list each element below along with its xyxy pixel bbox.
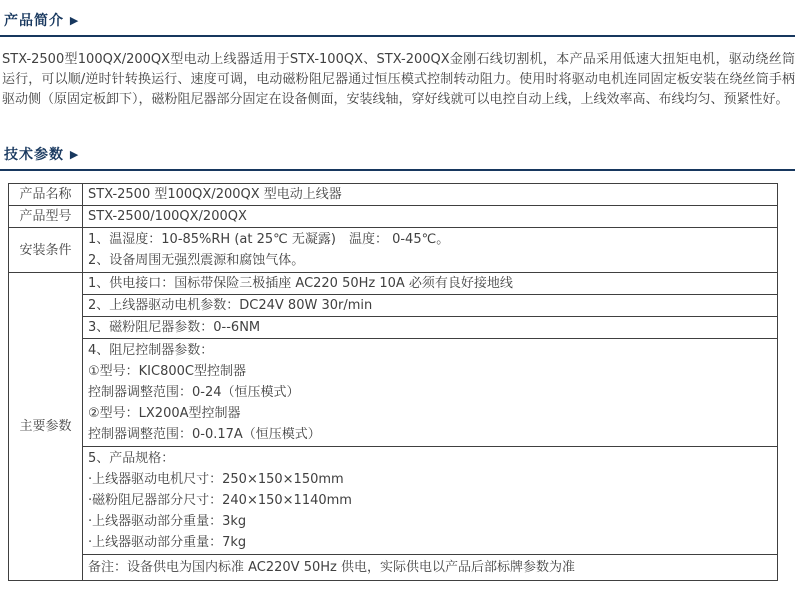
controller-param-line: 4、阻尼控制器参数： (88, 340, 772, 361)
row-value-product-model: STX-2500/100QX/200QX (83, 206, 778, 228)
table-row-remark: 备注：设备供电为国内标准 AC220V 50Hz 供电，实际供电以产品后部标牌参… (9, 555, 778, 581)
row-label-main-params: 主要参数 (9, 273, 83, 581)
row-value-product-specs: 5、产品规格： ·上线器驱动电机尺寸：250×150×150mm ·磁粉阻尼器部… (83, 447, 778, 555)
row-label-product-name: 产品名称 (9, 184, 83, 206)
controller-param-line: 控制器调整范围：0-24（恒压模式） (88, 382, 772, 403)
product-spec-page: 产品简介 ▶ STX-2500型100QX/200QX型电动上线器适用于STX-… (0, 0, 804, 601)
table-row-damper-params: 3、磁粉阻尼器参数：0--6NM (9, 317, 778, 339)
table-row-product-name: 产品名称 STX-2500 型100QX/200QX 型电动上线器 (9, 184, 778, 206)
product-spec-line: 5、产品规格： (88, 448, 772, 469)
row-value-install-conditions: 1、温湿度：10-85%RH (at 25℃ 无凝露) 温度： 0-45℃。 2… (83, 228, 778, 273)
section-title-text: 技术参数 (4, 147, 64, 163)
product-spec-line: ·上线器驱动电机尺寸：250×150×150mm (88, 469, 772, 490)
row-value-remark: 备注：设备供电为国内标准 AC220V 50Hz 供电，实际供电以产品后部标牌参… (83, 555, 778, 581)
product-spec-line: ·磁粉阻尼器部分尺寸：240×150×1140mm (88, 490, 772, 511)
controller-param-line: ①型号：KIC800C型控制器 (88, 361, 772, 382)
row-value-product-name: STX-2500 型100QX/200QX 型电动上线器 (83, 184, 778, 206)
controller-param-line: 控制器调整范围：0-0.17A（恒压模式） (88, 424, 772, 445)
section-title-tech-specs: 技术参数 ▶ (0, 134, 795, 171)
table-row-product-specs: 5、产品规格： ·上线器驱动电机尺寸：250×150×150mm ·磁粉阻尼器部… (9, 447, 778, 555)
controller-param-line: ②型号：LX200A型控制器 (88, 403, 772, 424)
product-intro-paragraph: STX-2500型100QX/200QX型电动上线器适用于STX-100QX、S… (2, 50, 795, 110)
table-row-install-conditions: 安装条件 1、温湿度：10-85%RH (at 25℃ 无凝露) 温度： 0-4… (9, 228, 778, 273)
table-row-motor-params: 2、上线器驱动电机参数：DC24V 80W 30r/min (9, 295, 778, 317)
table-row-controller-params: 4、阻尼控制器参数： ①型号：KIC800C型控制器 控制器调整范围：0-24（… (9, 339, 778, 447)
table-row-power-interface: 主要参数 1、供电接口：国标带保险三极插座 AC220 50Hz 10A 必须有… (9, 273, 778, 295)
product-spec-line: ·上线器驱动部分重量：7kg (88, 532, 772, 553)
product-spec-line: ·上线器驱动部分重量：3kg (88, 511, 772, 532)
section-title-text: 产品简介 (4, 13, 64, 29)
row-value-controller-params: 4、阻尼控制器参数： ①型号：KIC800C型控制器 控制器调整范围：0-24（… (83, 339, 778, 447)
arrow-right-icon: ▶ (70, 148, 78, 161)
install-condition-line: 2、设备周围无强烈震源和腐蚀气体。 (88, 250, 772, 271)
row-value-damper-params: 3、磁粉阻尼器参数：0--6NM (83, 317, 778, 339)
section-title-product-intro: 产品简介 ▶ (0, 0, 795, 37)
row-label-install-conditions: 安装条件 (9, 228, 83, 273)
row-value-motor-params: 2、上线器驱动电机参数：DC24V 80W 30r/min (83, 295, 778, 317)
table-row-product-model: 产品型号 STX-2500/100QX/200QX (9, 206, 778, 228)
install-condition-line: 1、温湿度：10-85%RH (at 25℃ 无凝露) 温度： 0-45℃。 (88, 229, 772, 250)
arrow-right-icon: ▶ (70, 14, 78, 27)
row-label-product-model: 产品型号 (9, 206, 83, 228)
row-value-power-interface: 1、供电接口：国标带保险三极插座 AC220 50Hz 10A 必须有良好接地线 (83, 273, 778, 295)
spec-table: 产品名称 STX-2500 型100QX/200QX 型电动上线器 产品型号 S… (8, 183, 778, 581)
